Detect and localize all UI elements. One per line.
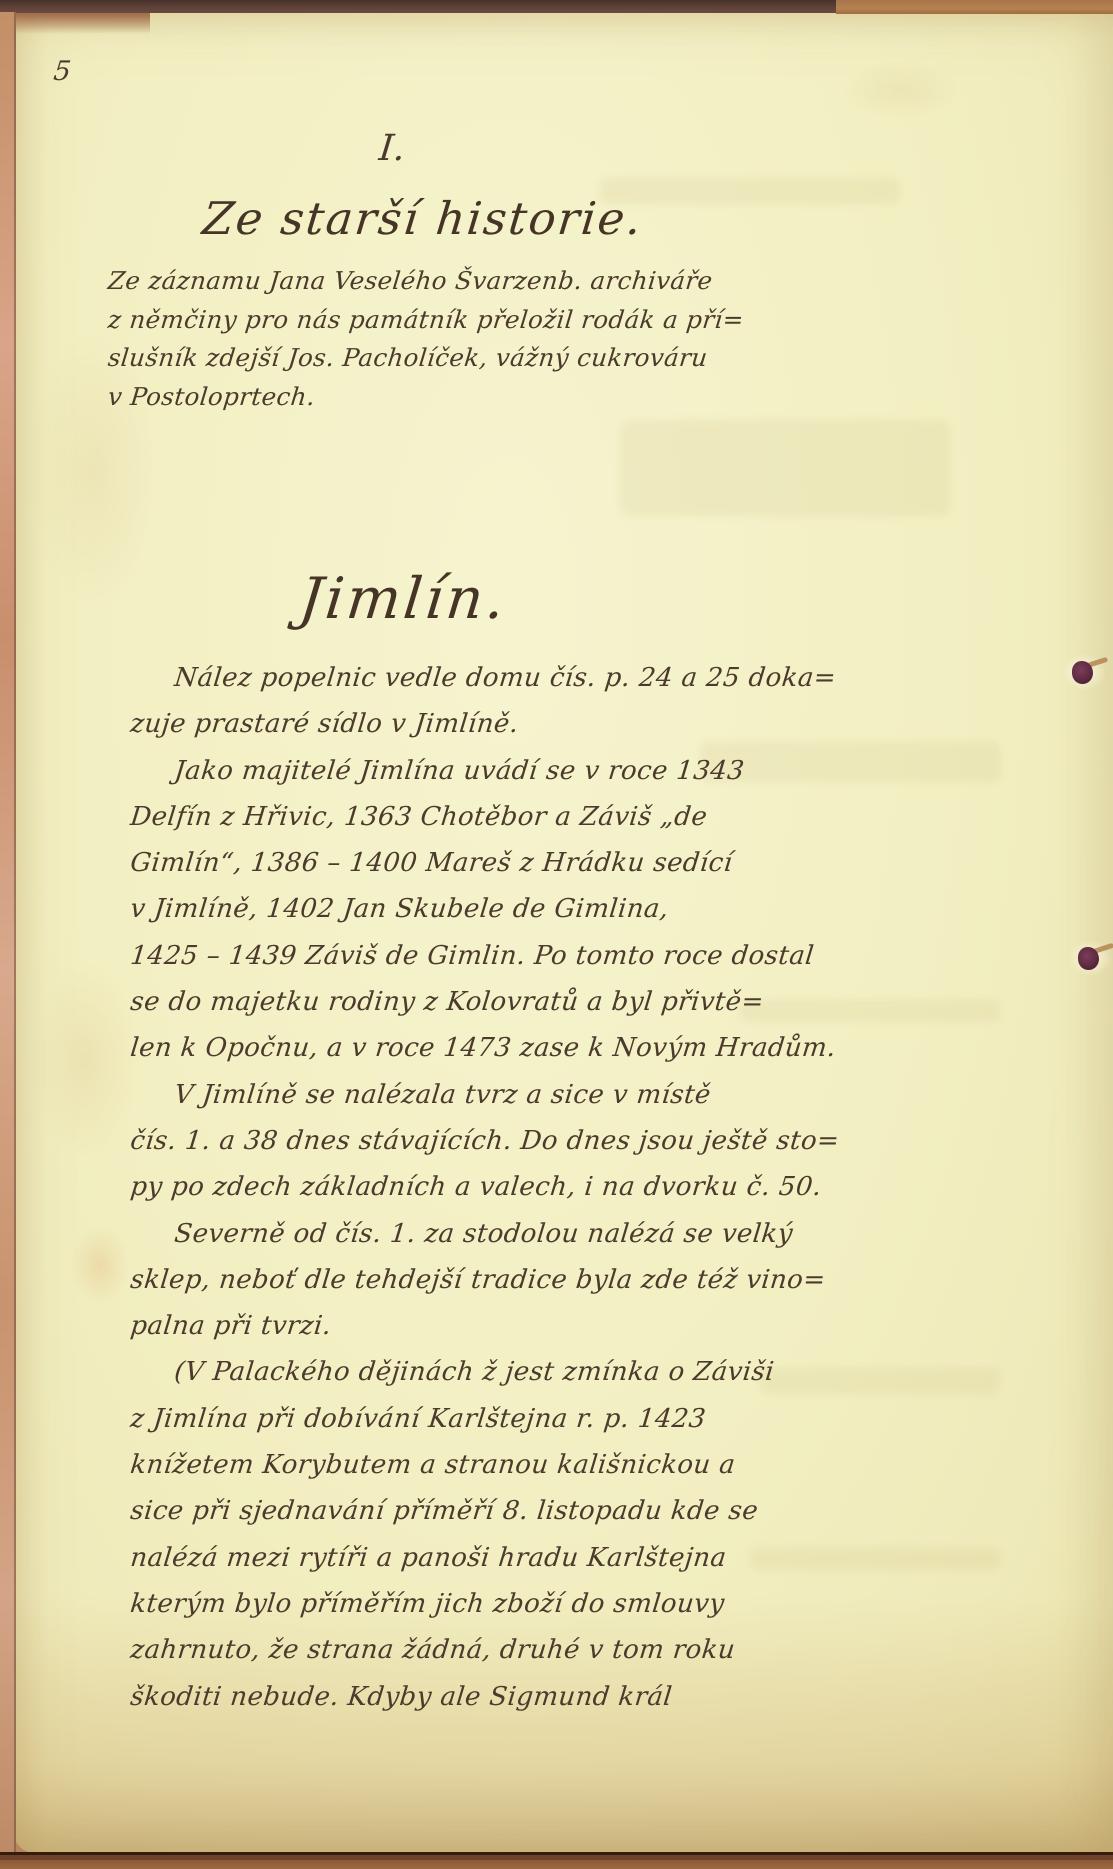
text-line: Nález popelnic vedle domu čís. p. 24 a 2… — [128, 655, 781, 701]
text-line: py po zdech základních a valech, i na dv… — [128, 1164, 781, 1210]
text-line: v Jimlíně, 1402 Jan Skubele de Gimlina, — [128, 886, 781, 932]
text-line: Delfín z Hřivic, 1363 Chotěbor a Záviš „… — [128, 794, 781, 840]
text-line: z Jimlína při dobívání Karlštejna r. p. … — [128, 1396, 781, 1442]
binding-edge-top-tan — [836, 0, 1113, 14]
manuscript-page: 5 I. Ze starší historie. Ze záznamu Jana… — [0, 0, 1113, 1869]
text-line: v Postoloprtech. — [106, 378, 730, 417]
text-line: V Jimlíně se nalézala tvrz a sice v míst… — [128, 1072, 781, 1118]
text-line: Ze záznamu Jana Veselého Švarzenb. archi… — [106, 262, 730, 301]
text-line: palna při tvrzi. — [128, 1303, 781, 1349]
text-line: (V Palackého dějinách ž jest zmínka o Zá… — [128, 1349, 781, 1395]
page-number: 5 — [52, 56, 73, 87]
body-text: Nález popelnic vedle domu čís. p. 24 a 2… — [128, 655, 776, 1720]
text-line: Jako majitelé Jimlína uvádí se v roce 13… — [128, 748, 781, 794]
intro-paragraph: Ze záznamu Jana Veselého Švarzenb. archi… — [106, 262, 726, 416]
chapter-numeral: I. — [110, 128, 674, 169]
text-line: Severně od čís. 1. za stodolou nalézá se… — [128, 1211, 781, 1257]
section-heading: Jimlín. — [100, 566, 707, 632]
text-line: sice při sjednavání příměří 8. listopadu… — [128, 1488, 781, 1534]
page-title: Ze starší historie. — [120, 192, 726, 245]
text-line: zahrnuto, že strana žádná, druhé v tom r… — [128, 1627, 781, 1673]
text-line: se do majetku rodiny z Kolovratů a byl p… — [128, 979, 781, 1025]
text-line: nalézá mezi rytíři a panoši hradu Karlšt… — [128, 1535, 781, 1581]
text-line: len k Opočnu, a v roce 1473 zase k Novým… — [128, 1025, 781, 1071]
text-line: zuje prastaré sídlo v Jimlíně. — [128, 701, 781, 747]
text-line: škoditi nebude. Kdyby ale Sigmund král — [128, 1674, 781, 1720]
text-line: čís. 1. a 38 dnes stávajících. Do dnes j… — [128, 1118, 781, 1164]
binding-edge-top-dark — [0, 0, 836, 13]
text-line: 1425 – 1439 Záviš de Gimlin. Po tomto ro… — [128, 933, 781, 979]
text-line: z němčiny pro nás památník přeložil rodá… — [106, 301, 730, 340]
text-line: knížetem Korybutem a stranou kališnickou… — [128, 1442, 781, 1488]
text-line: kterým bylo příměřím jich zboží do smlou… — [128, 1581, 781, 1627]
text-line: slušník zdejší Jos. Pacholíček, vážný cu… — [106, 339, 730, 378]
binding-edge-left — [0, 12, 16, 1855]
binding-edge-bottom — [0, 1852, 1113, 1869]
text-line: Gimlín“, 1386 – 1400 Mareš z Hrádku sedí… — [128, 840, 781, 886]
text-line: sklep, neboť dle tehdejší tradice byla z… — [128, 1257, 781, 1303]
